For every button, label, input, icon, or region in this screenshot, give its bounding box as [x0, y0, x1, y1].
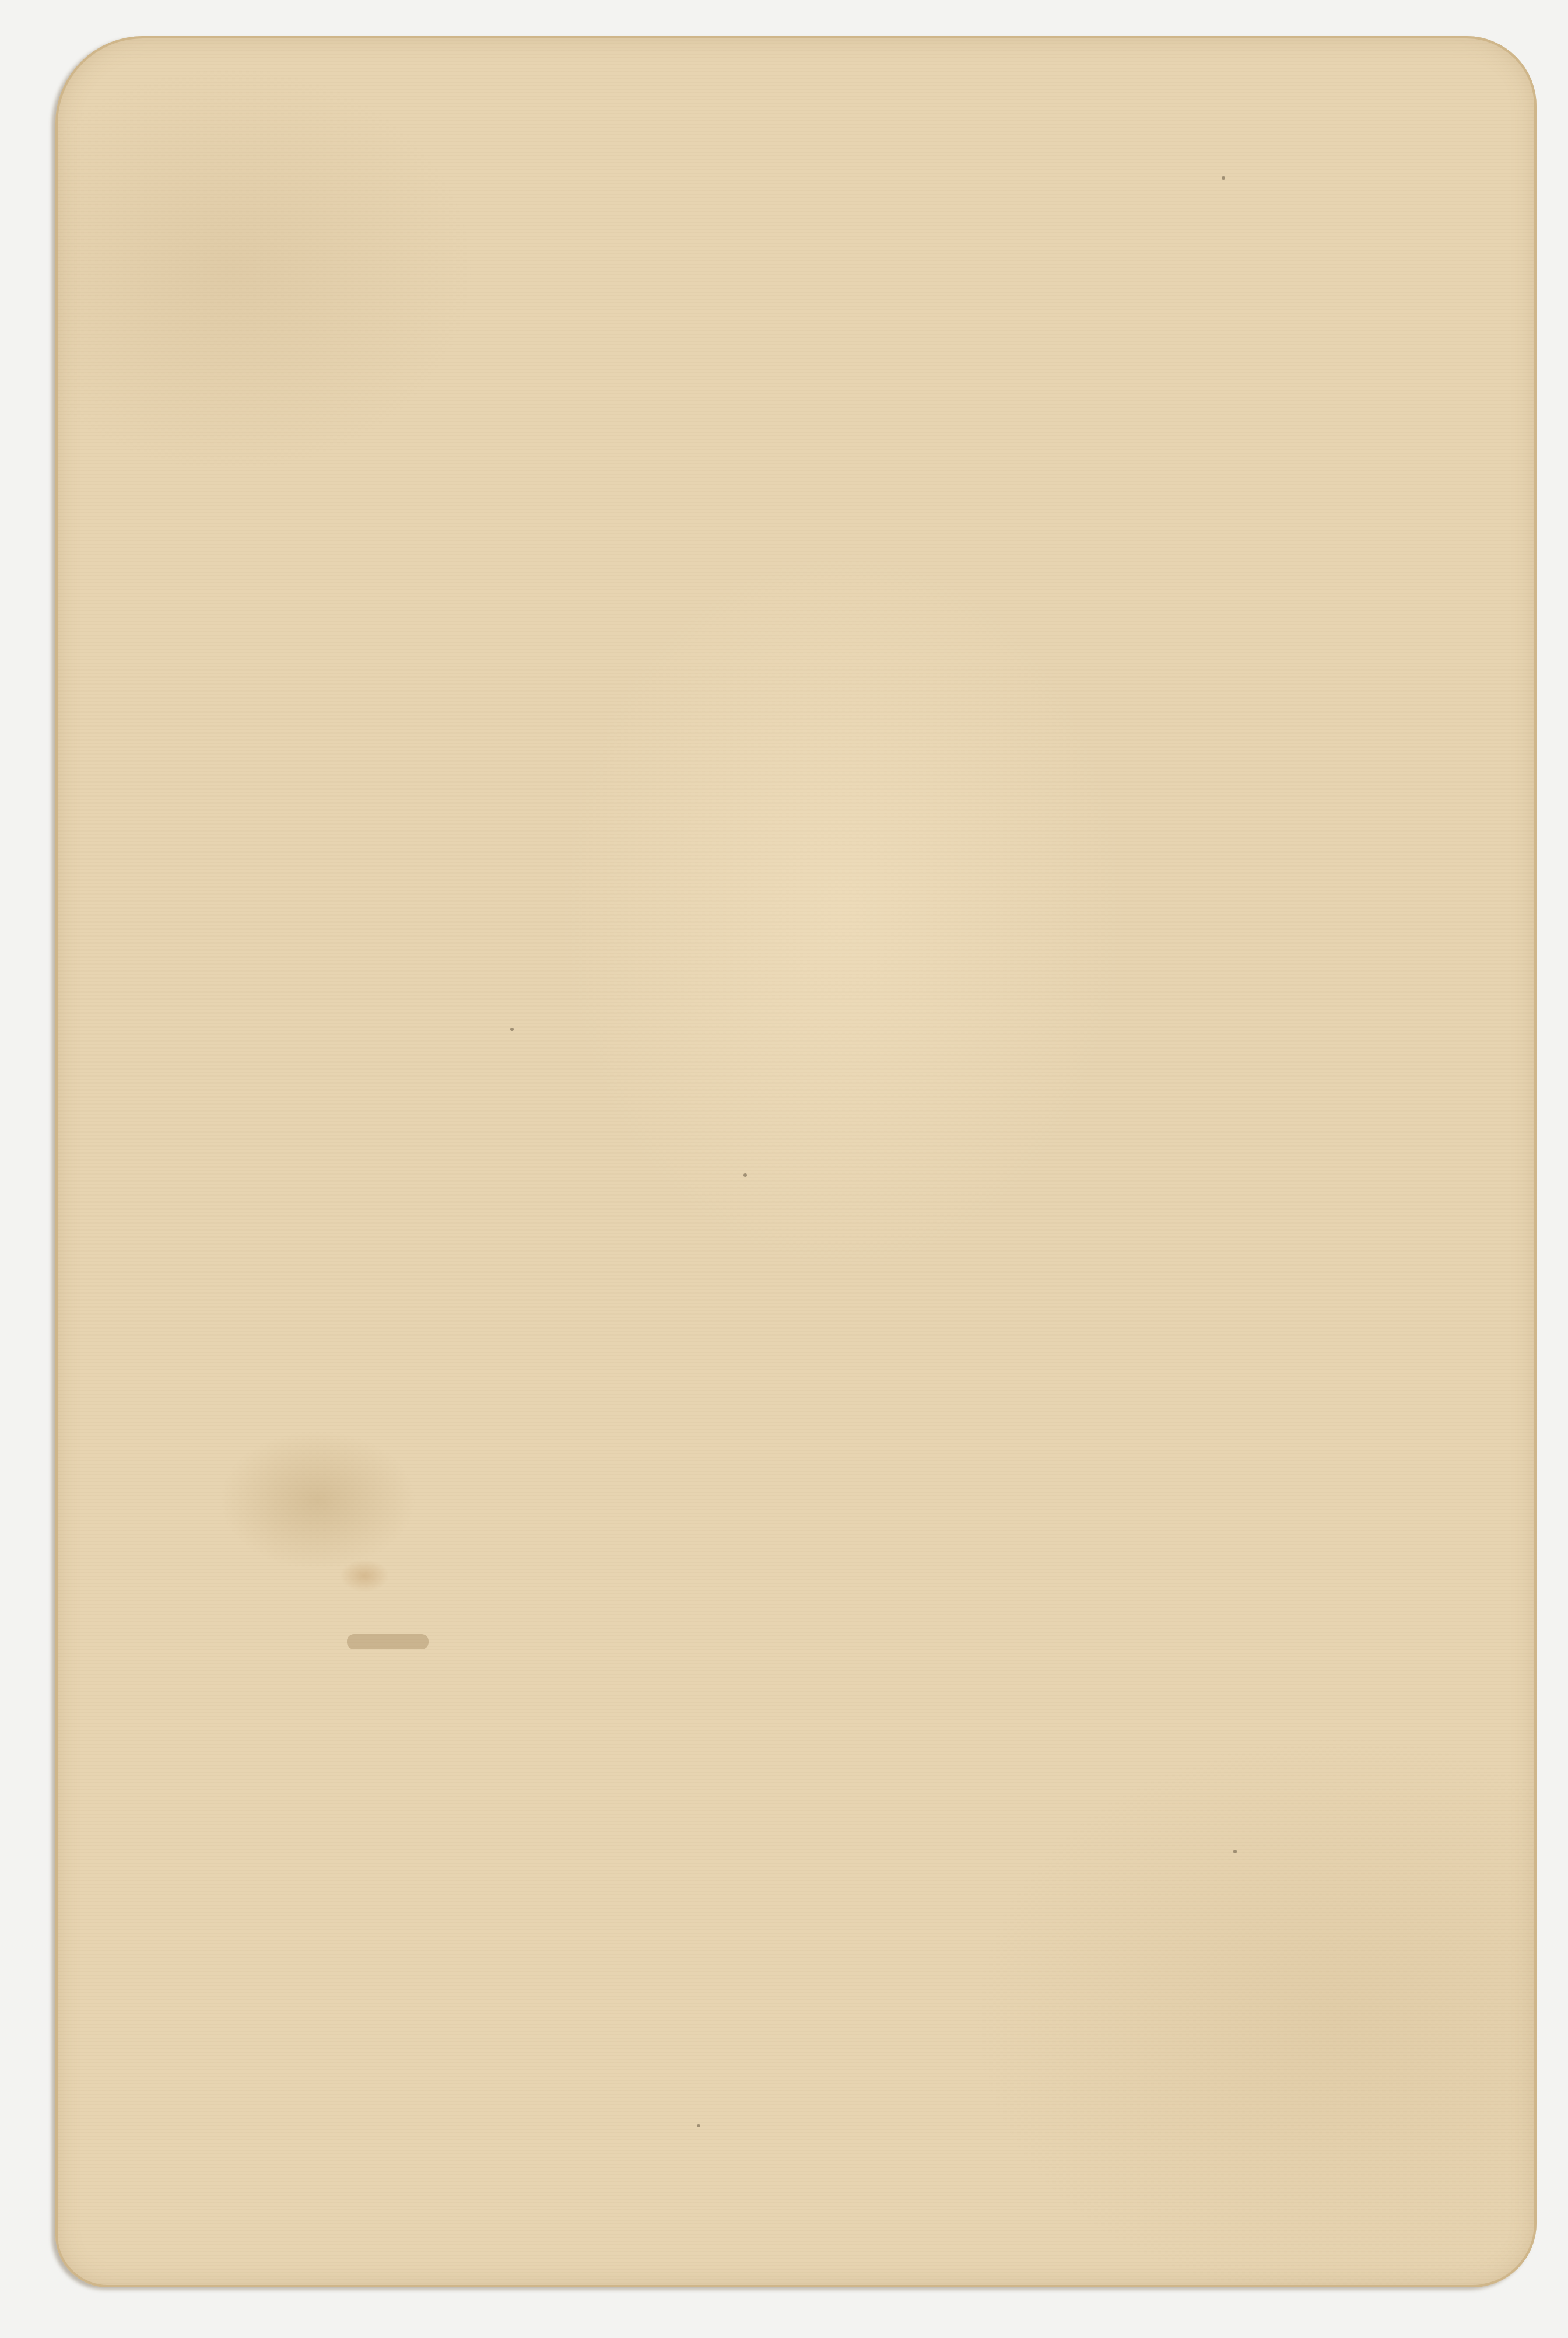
- card-edge: [55, 36, 1537, 2287]
- speck: [1233, 1850, 1237, 1853]
- smudge-mark: [347, 1634, 429, 1649]
- speck: [743, 1173, 747, 1177]
- blank-card-back: [55, 36, 1537, 2287]
- speck: [697, 2124, 700, 2127]
- speck: [1222, 176, 1225, 180]
- speck: [510, 1028, 514, 1031]
